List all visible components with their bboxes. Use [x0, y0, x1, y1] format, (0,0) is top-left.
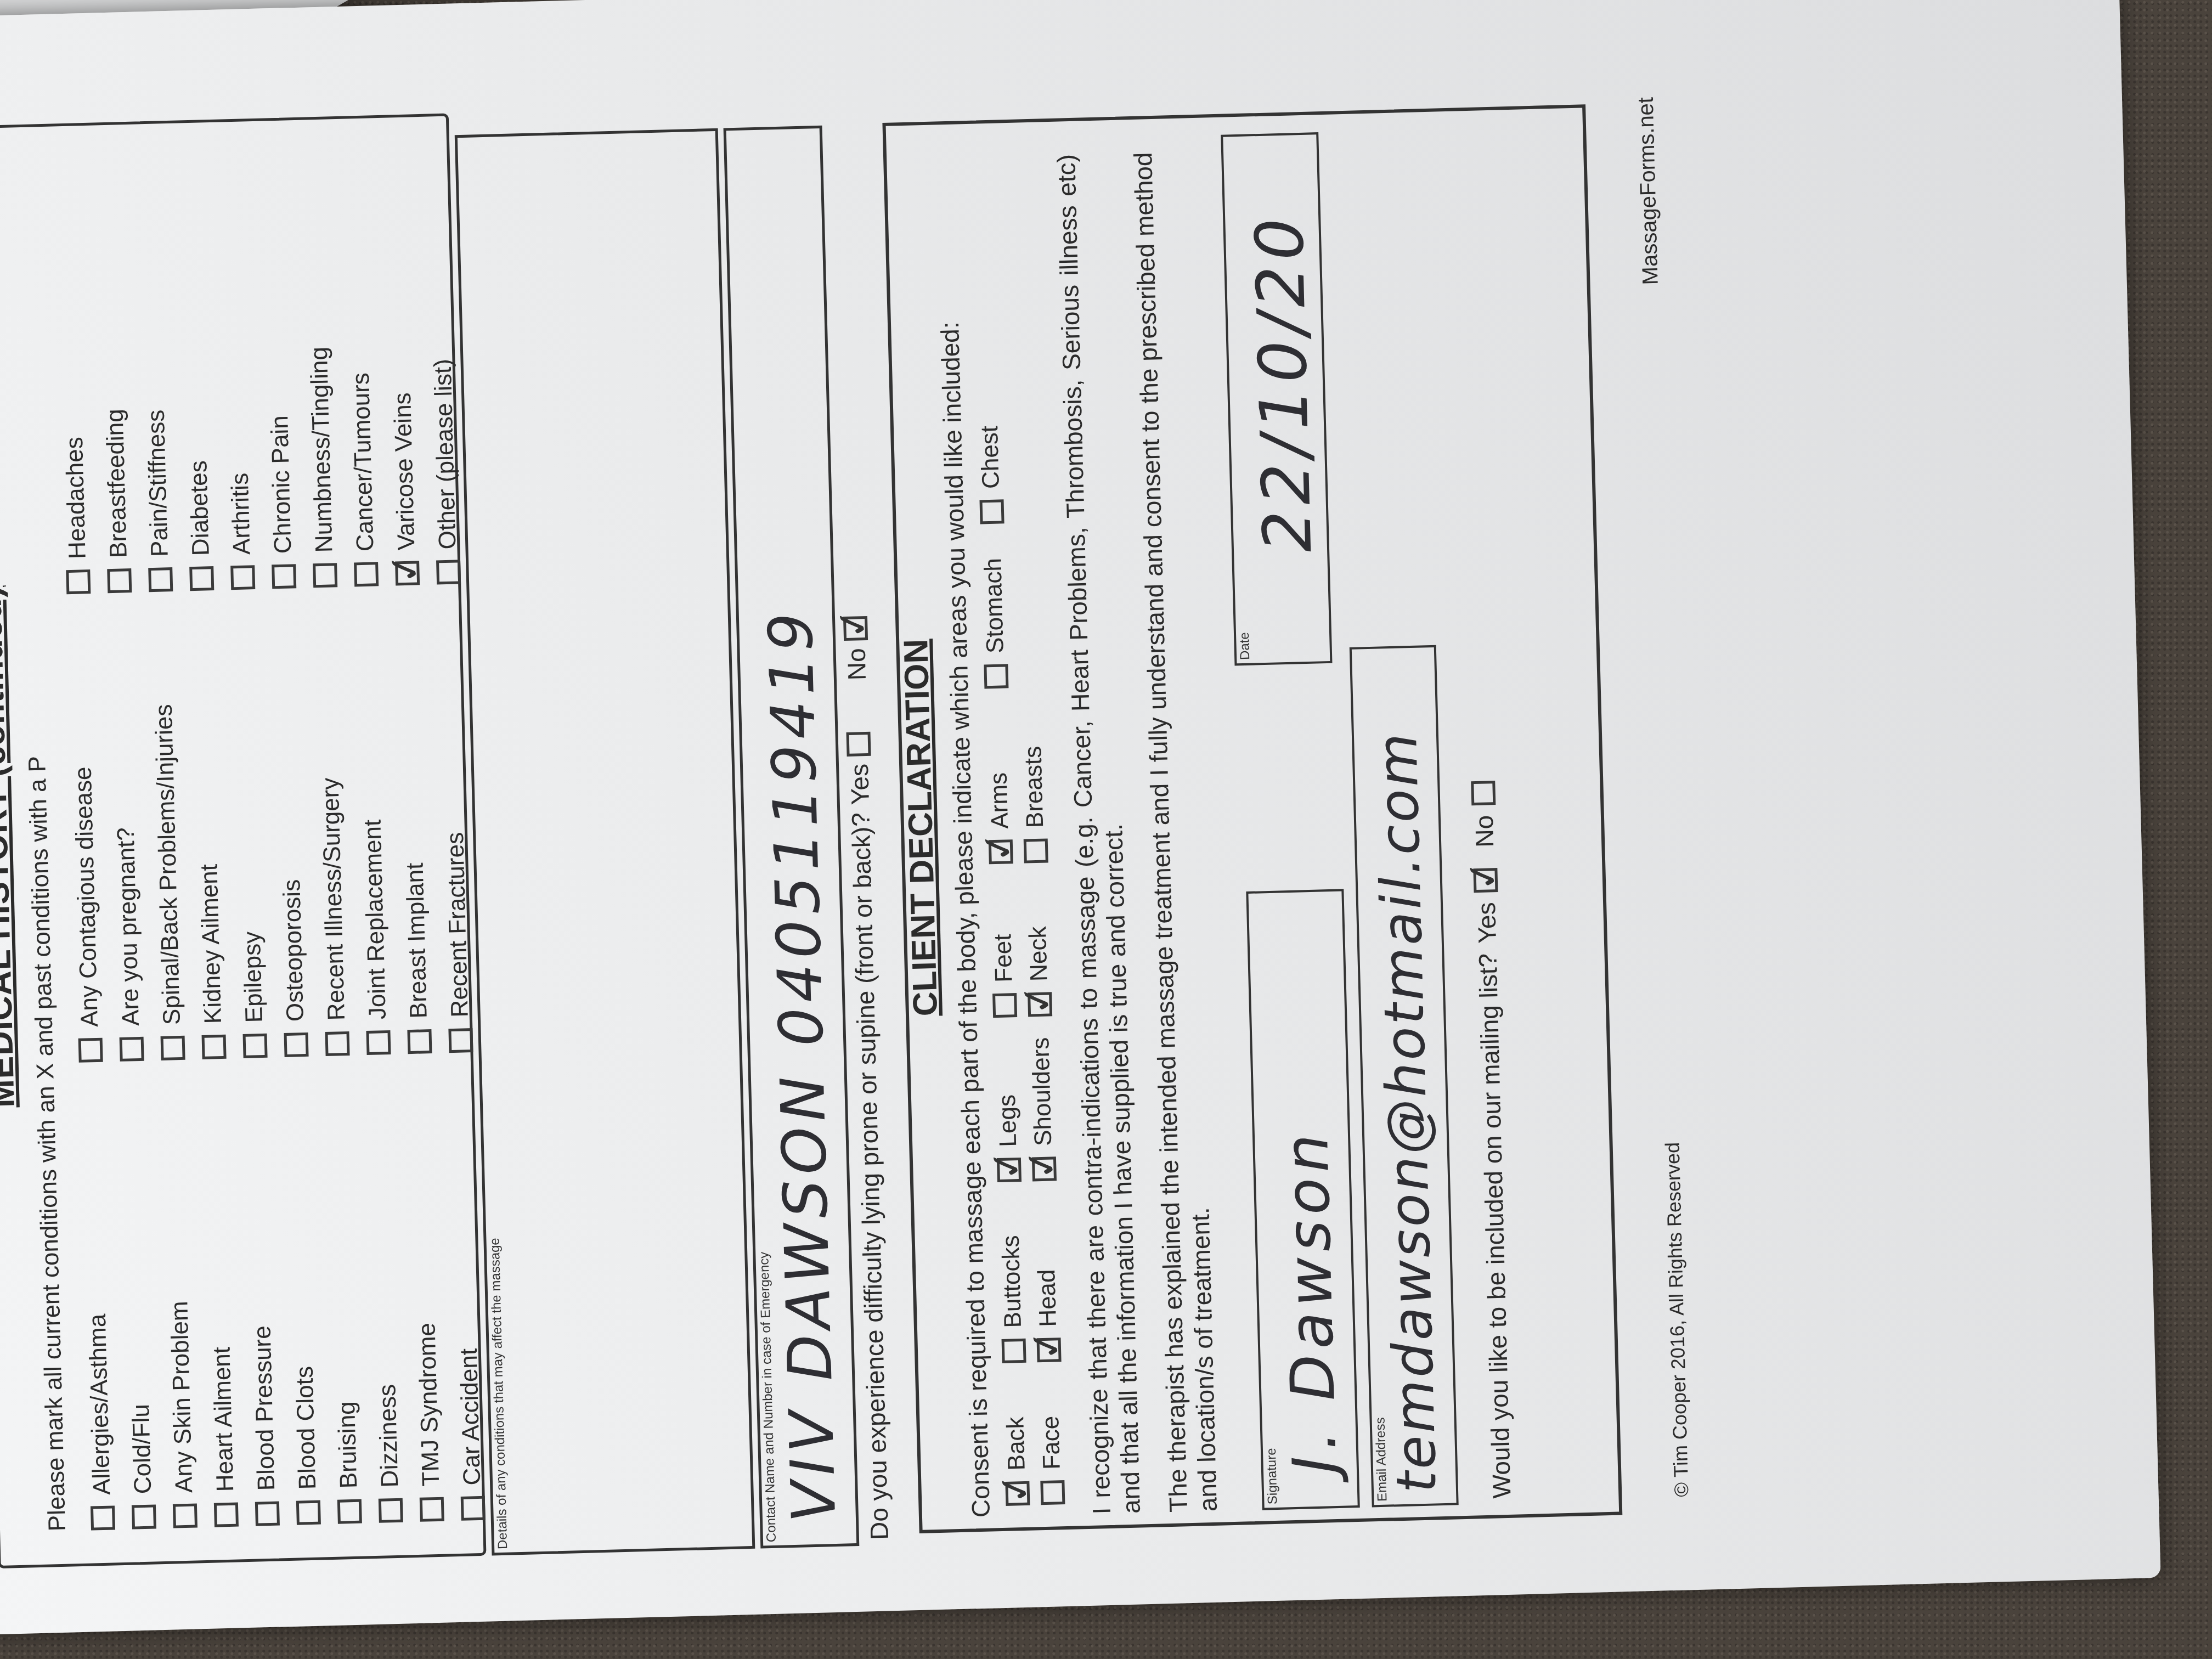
condition-label: Blood Pressure [249, 1325, 280, 1491]
condition-checkbox[interactable] [148, 567, 173, 592]
signature-field[interactable]: Signature J. Dawson [1246, 889, 1359, 1510]
condition-checkbox[interactable] [172, 1503, 197, 1528]
condition-label: Allergies/Asthma [83, 1313, 116, 1495]
condition-label: Arthritis [226, 472, 256, 555]
signature-value: J. Dawson [1271, 1128, 1350, 1475]
client-declaration-section: CLIENT DECLARATION Consent is required t… [882, 104, 1622, 1533]
date-field[interactable]: Date 22/10/20 [1221, 132, 1332, 665]
condition-checkbox[interactable] [242, 1034, 267, 1058]
conditions-column: Allergies/AsthmaCold/FluAny Skin Problem… [71, 1074, 494, 1531]
condition-checkbox[interactable] [90, 1505, 115, 1530]
prone-yes-checkbox[interactable] [846, 732, 871, 757]
recognize-text: I recognize that there are contra-indica… [1051, 153, 1146, 1515]
condition-checkbox[interactable] [255, 1502, 279, 1526]
condition-label: Cold/Flu [127, 1404, 157, 1494]
body-area-item[interactable]: Stomach [979, 523, 1011, 689]
conditions-column: Any Contagious diseaseAre you pregnant?S… [58, 606, 481, 1063]
prone-yes-label: Yes [844, 763, 875, 805]
condition-checkbox[interactable] [407, 1029, 432, 1054]
condition-checkbox[interactable] [107, 568, 132, 593]
condition-checkbox[interactable] [189, 566, 214, 591]
condition-checkbox[interactable] [131, 1504, 156, 1529]
condition-label: Pain/Stiffness [142, 409, 173, 557]
condition-checkbox[interactable] [296, 1500, 320, 1525]
signature-label: Signature [1264, 1448, 1281, 1504]
body-area-checkbox[interactable] [979, 499, 1004, 524]
body-area-checkbox[interactable] [1005, 1481, 1030, 1506]
body-area-label: Breasts [1019, 746, 1049, 828]
body-area-item[interactable]: Neck [1023, 862, 1054, 1017]
mailing-yes-label: Yes [1471, 902, 1502, 944]
condition-checkbox[interactable] [213, 1503, 238, 1527]
condition-label: Any Contagious disease [69, 766, 103, 1028]
body-area-label: Face [1037, 1415, 1066, 1470]
site-name: MassageForms.net [1634, 97, 1663, 285]
condition-label: Chronic Pain [266, 415, 297, 554]
body-area-checkbox[interactable] [984, 664, 1008, 689]
body-area-label: Legs [994, 1094, 1022, 1147]
condition-checkbox[interactable] [284, 1032, 308, 1057]
condition-checkbox[interactable] [395, 561, 420, 586]
condition-label: Recent Fractures [442, 832, 474, 1018]
body-area-item[interactable]: Head [1031, 1181, 1063, 1362]
condition-label: Any Skin Problem [166, 1301, 198, 1493]
body-area-label: Head [1033, 1269, 1062, 1327]
body-area-label: Chest [976, 425, 1005, 489]
body-area-checkbox[interactable] [1037, 1338, 1062, 1362]
condition-label: Epilepsy [238, 931, 268, 1023]
condition-label: Cancer/Tumours [347, 373, 380, 552]
condition-label: Recent Illness/Surgery [317, 777, 351, 1021]
condition-checkbox[interactable] [66, 569, 91, 594]
date-label: Date [1237, 632, 1253, 660]
condition-checkbox[interactable] [366, 1030, 391, 1055]
massage-intake-form: MEDICAL HISTORY (continued) Please mark … [0, 0, 2161, 1635]
condition-label: Dizziness [374, 1384, 404, 1488]
date-value: 22/10/20 [1242, 212, 1327, 553]
therapist-text: The therapist has explained the intended… [1128, 151, 1223, 1513]
condition-checkbox[interactable] [272, 565, 296, 589]
condition-label: Numbness/Tingling [305, 347, 338, 553]
body-area-checkbox[interactable] [1040, 1480, 1065, 1505]
mailing-list-question: Would you like to be included on our mai… [1468, 770, 1517, 1499]
body-area-label: Neck [1024, 926, 1053, 982]
conditions-list: Allergies/AsthmaCold/FluAny Skin Problem… [46, 138, 494, 1531]
condition-checkbox[interactable] [378, 1498, 403, 1523]
body-area-label: Feet [989, 934, 1018, 983]
email-field[interactable]: Email Address temdawson@hotmail.com [1350, 645, 1459, 1508]
medical-history-instruction: Please mark all current conditions with … [24, 755, 71, 1531]
condition-label: TMJ Syndrome [413, 1322, 445, 1487]
condition-label: Headaches [60, 437, 91, 560]
body-area-label: Shoulders [1027, 1037, 1057, 1146]
body-area-item[interactable]: Breasts [1018, 687, 1049, 863]
condition-label: Breast Implant [401, 862, 432, 1019]
body-area-checkbox[interactable] [989, 839, 1013, 864]
body-area-checkbox[interactable] [1028, 992, 1052, 1017]
copyright-text: © Tim Cooper 2016, All Rights Reserved [1661, 1142, 1694, 1497]
body-area-item[interactable]: Back [1001, 1363, 1032, 1506]
body-area-checkbox[interactable] [1032, 1156, 1057, 1181]
condition-checkbox[interactable] [230, 565, 255, 590]
mailing-question-text: Would you like to be included on our mai… [1472, 953, 1516, 1499]
email-value: temdawson@hotmail.com [1365, 730, 1449, 1493]
condition-checkbox[interactable] [436, 560, 461, 585]
conditions-column: HeadachesBreastfeedingPain/StiffnessDiab… [46, 138, 469, 595]
condition-label: Other (please list) [429, 358, 461, 549]
condition-checkbox[interactable] [201, 1034, 226, 1059]
condition-label: Blood Clots [291, 1366, 321, 1490]
condition-label: Breastfeeding [101, 409, 132, 558]
prone-no-label: No [841, 648, 872, 681]
condition-label: Heart Ailment [208, 1346, 239, 1492]
body-area-item[interactable]: Chest [974, 359, 1006, 524]
condition-checkbox[interactable] [119, 1036, 144, 1061]
condition-checkbox[interactable] [460, 1496, 485, 1521]
condition-checkbox[interactable] [160, 1035, 185, 1060]
body-area-label: Arms [985, 772, 1014, 829]
mailing-no-label: No [1469, 815, 1500, 848]
condition-details-label: Details of any conditions that may affec… [487, 1238, 511, 1549]
prone-no-checkbox[interactable] [843, 616, 868, 641]
mailing-no-checkbox[interactable] [1471, 781, 1496, 805]
condition-label: Diabetes [185, 460, 215, 556]
medical-history-section: MEDICAL HISTORY (continued) Please mark … [0, 114, 487, 1568]
condition-label: Are you pregnant? [112, 827, 144, 1026]
condition-label: Varicose Veins [388, 392, 420, 551]
condition-label: Kidney Ailment [195, 864, 227, 1024]
body-area-label: Buttocks [997, 1235, 1027, 1328]
condition-label: Bruising [333, 1401, 363, 1489]
condition-checkbox[interactable] [325, 1031, 349, 1056]
condition-checkbox[interactable] [448, 1028, 473, 1053]
body-area-item[interactable]: Face [1036, 1362, 1067, 1505]
condition-checkbox[interactable] [337, 1499, 362, 1524]
condition-checkbox[interactable] [313, 563, 337, 588]
body-area-label: Back [1002, 1417, 1031, 1471]
condition-checkbox[interactable] [419, 1497, 444, 1522]
condition-label: Car Accident [455, 1348, 486, 1486]
condition-label: Spinal/Back Problems/Injuries [150, 704, 185, 1025]
body-area-checkbox[interactable] [1024, 838, 1048, 863]
body-area-label: Stomach [979, 558, 1009, 654]
body-area-item[interactable]: Shoulders [1026, 1016, 1058, 1181]
condition-checkbox[interactable] [78, 1037, 103, 1062]
condition-label: Osteoporosis [278, 879, 309, 1022]
mailing-yes-checkbox[interactable] [1473, 868, 1498, 893]
condition-details-field[interactable]: Details of any conditions that may affec… [455, 128, 755, 1556]
body-area-item[interactable]: Arms [983, 688, 1014, 864]
condition-checkbox[interactable] [354, 562, 379, 587]
condition-label: Joint Replacement [359, 819, 392, 1020]
